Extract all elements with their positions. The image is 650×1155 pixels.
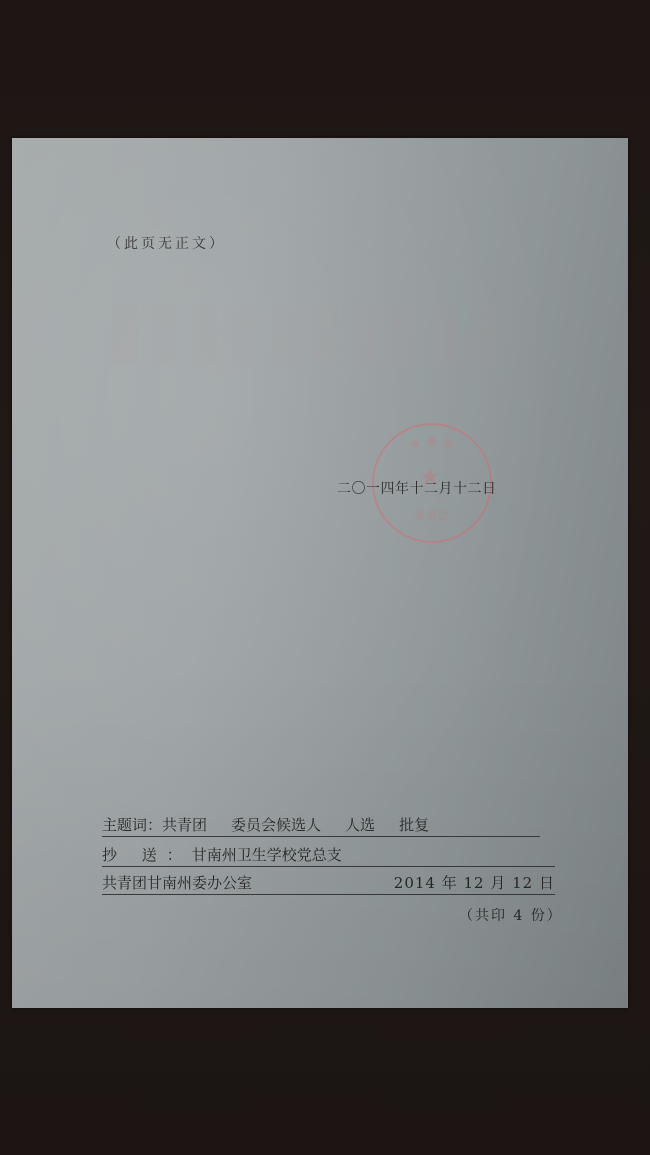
cc-label: 抄 送： bbox=[102, 846, 192, 864]
bleed-through-header bbox=[112, 306, 512, 366]
issue-date: 2014 年 12 月 12 日 bbox=[394, 872, 555, 893]
no-body-note: （此页无正文） bbox=[107, 233, 226, 253]
signature-date: 二〇一四年十二月十二日 bbox=[337, 478, 497, 498]
seal-bottom-text: 委员会 bbox=[414, 507, 450, 523]
issuer-name: 共青团甘南州委办公室 bbox=[102, 874, 252, 892]
copies-note: （共印 4 份） bbox=[459, 905, 563, 925]
document-page: （此页无正文） ★ 委员会 二〇一四年十二月十二日 主题词：共青团委员会候选人人… bbox=[12, 138, 628, 1008]
keywords-label: 主题词： bbox=[102, 816, 162, 834]
cc-value: 甘南州卫生学校党总支 bbox=[192, 846, 342, 864]
keyword: 批复 bbox=[399, 816, 429, 834]
keyword: 委员会候选人 bbox=[231, 816, 321, 834]
keyword: 共青团 bbox=[162, 816, 207, 834]
issuer-row: 共青团甘南州委办公室 2014 年 12 月 12 日 bbox=[102, 872, 555, 895]
keyword: 人选 bbox=[345, 816, 375, 834]
keywords-row: 主题词：共青团委员会候选人人选批复 bbox=[102, 814, 540, 837]
cc-row: 抄 送：甘南州卫生学校党总支 bbox=[102, 844, 555, 867]
